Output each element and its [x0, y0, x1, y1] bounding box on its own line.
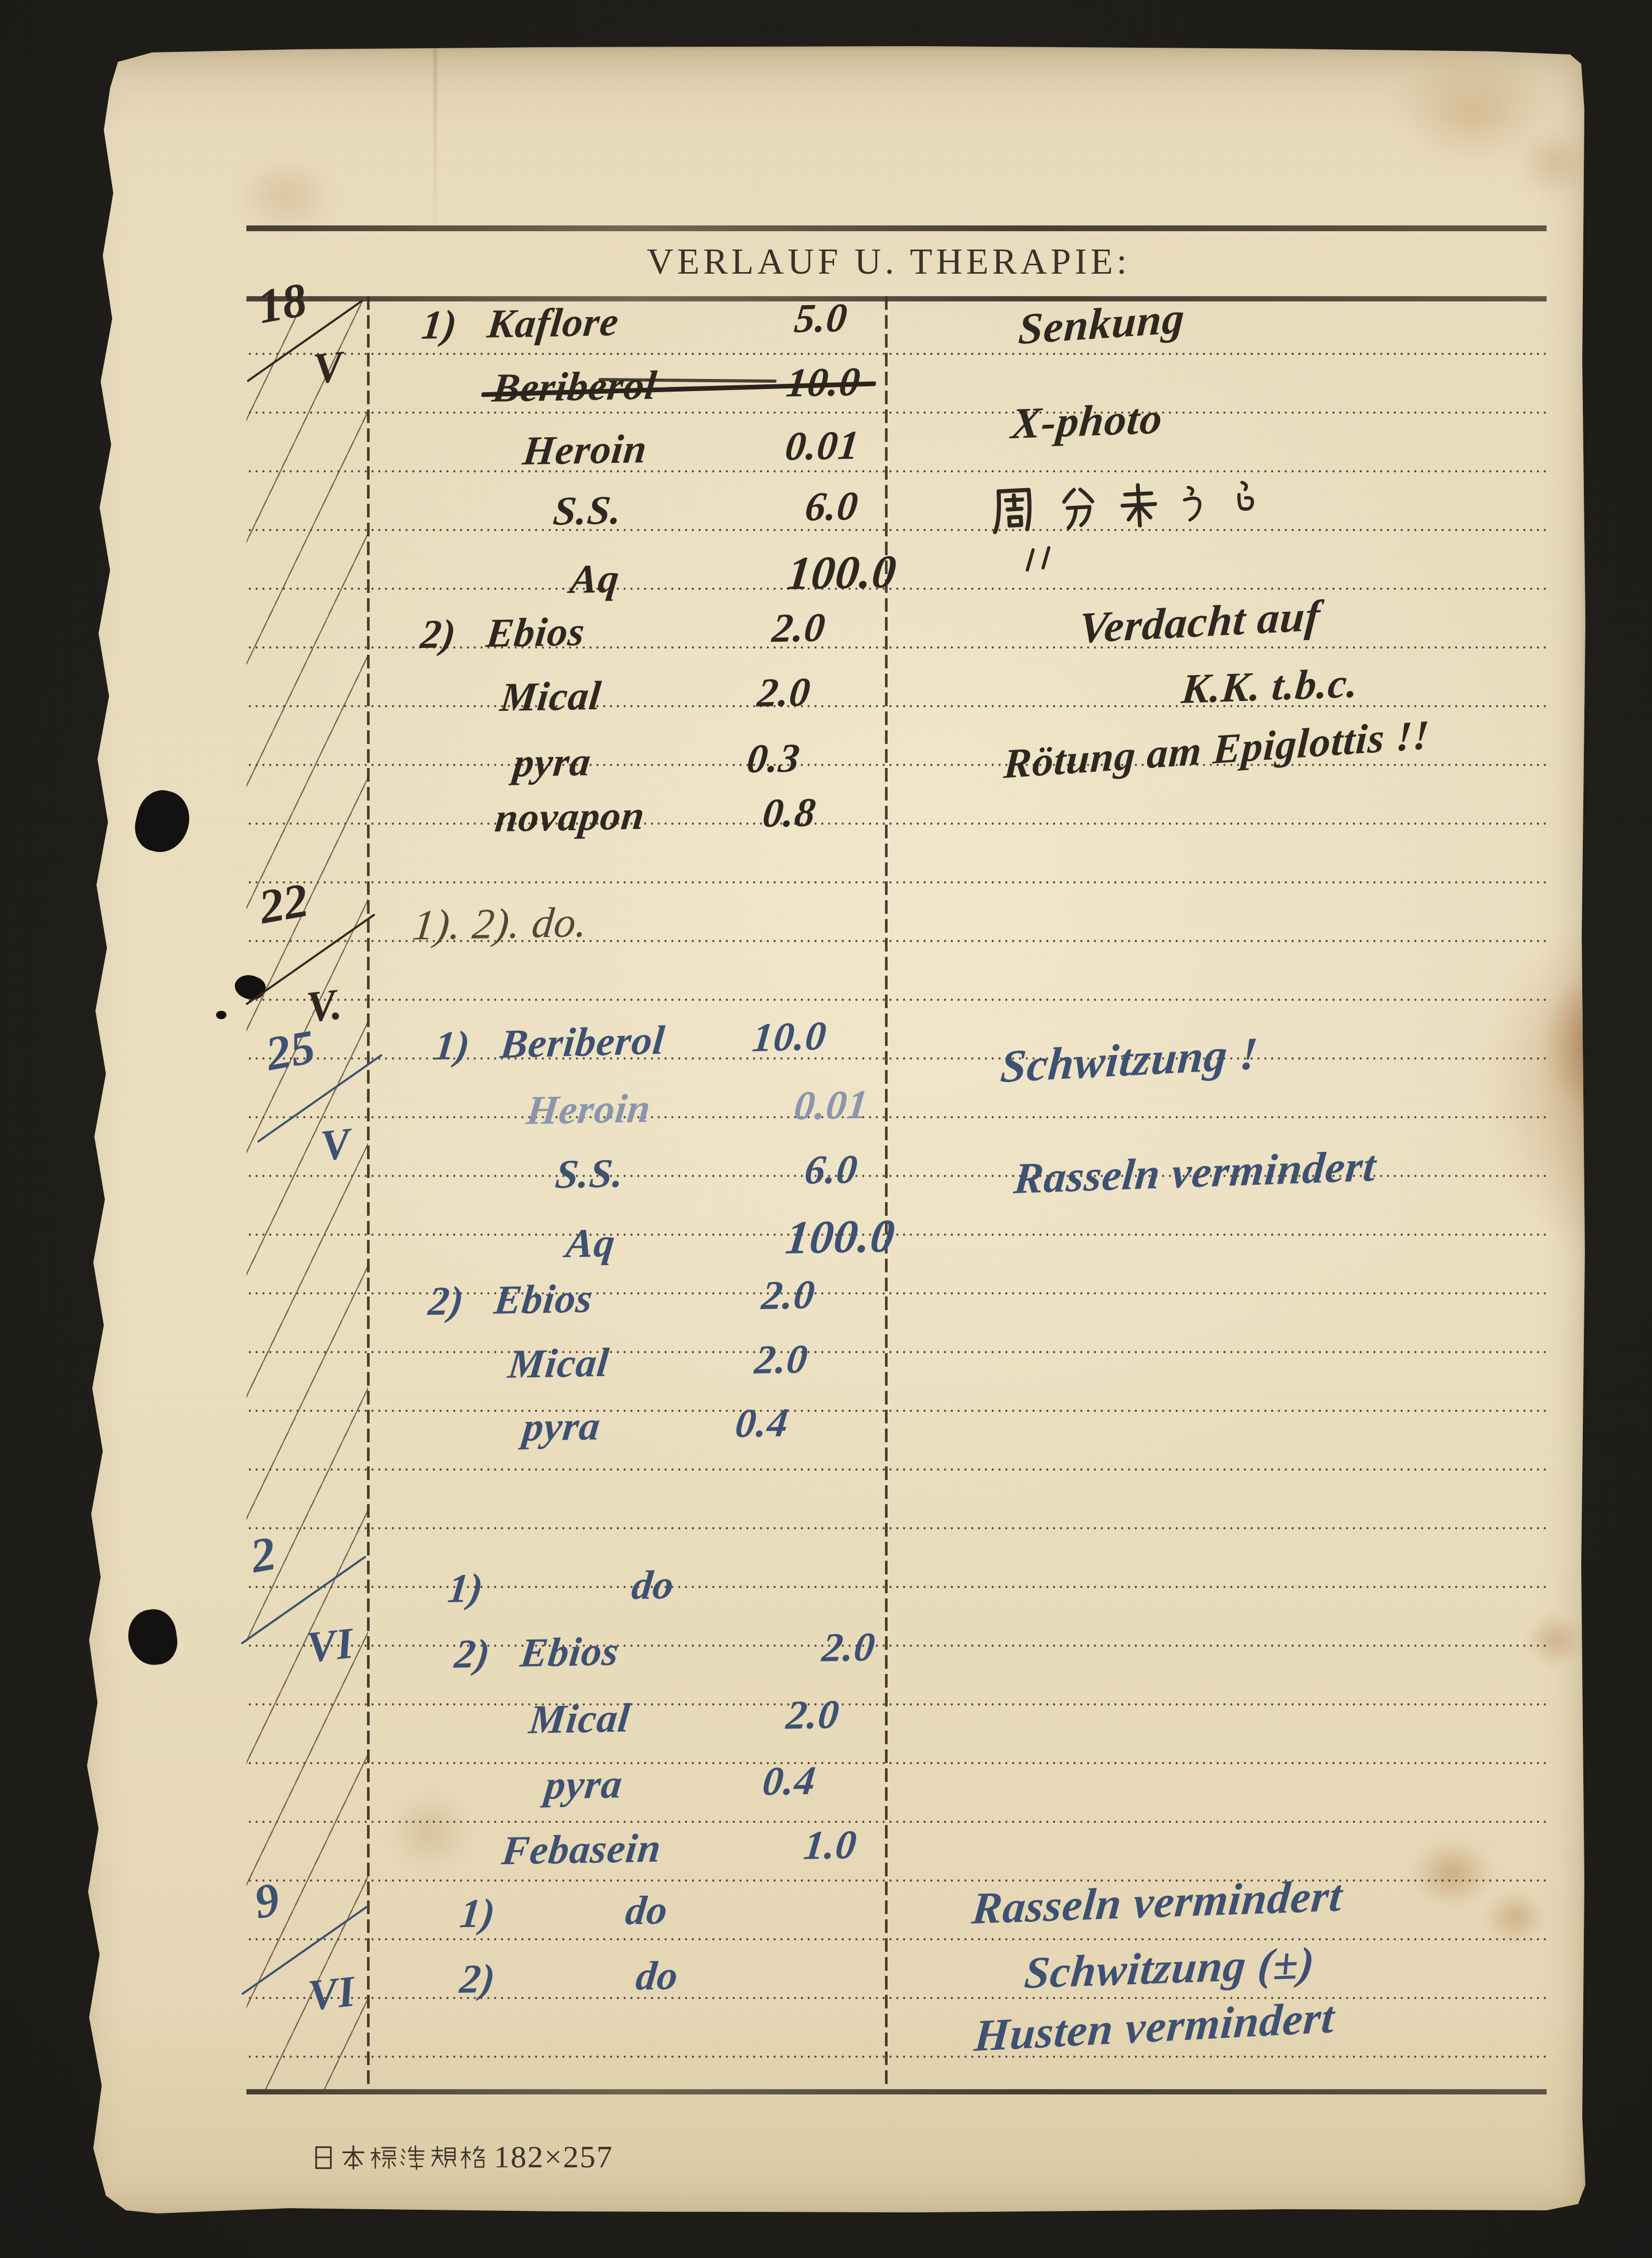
medication-name: Mical: [498, 672, 603, 721]
medication-dose: 2.0: [752, 1335, 810, 1384]
medication-line: 2) Ebios 2.0: [426, 1271, 817, 1325]
medication-dose: 2.0: [755, 668, 813, 717]
medication-dose: 2.0: [770, 604, 828, 652]
medication-dose: 1.0: [802, 1821, 859, 1869]
stain-top-right-2: [1515, 125, 1594, 198]
medication-name: novapon: [493, 792, 647, 841]
paper-sheet: VERLAUF U. THERAPIE: 日本標準規格 182×257 18 V…: [79, 46, 1586, 2217]
medication-line: S.S. 6.0: [553, 1146, 860, 1198]
kanji-glyph: [1049, 477, 1105, 541]
medication-dose: 0.4: [733, 1399, 791, 1447]
medication-dose: 6.0: [802, 1146, 860, 1194]
stain-top-left: [236, 156, 336, 235]
date-column-divider: [367, 296, 370, 2089]
medication-dose: 10.0: [750, 1012, 829, 1062]
medication-line-struck: Beriberol 10.0: [490, 358, 863, 412]
kanji-kaku-icon: [459, 2142, 487, 2173]
clinical-note: Schwitzung (±): [1022, 1937, 1317, 1999]
medication-name: Heroin: [524, 1085, 653, 1134]
kana-glyph: [1171, 471, 1218, 534]
clinical-note: X-photo: [1009, 393, 1165, 449]
medication-line: 1) Kaflore 5.0: [419, 294, 850, 349]
ditto-tick: [1041, 546, 1051, 570]
clinical-note: K.K. t.b.c.: [1180, 660, 1361, 714]
medication-dose: 0.4: [760, 1757, 818, 1805]
medication-name: Mical: [506, 1339, 611, 1388]
medication-dose: 100.0: [784, 545, 899, 601]
medication-line: Mical 2.0: [527, 1691, 842, 1743]
medication-line: Mical 2.0: [498, 668, 813, 721]
medication-name: Aq: [564, 1219, 618, 1267]
date-day: 18: [253, 272, 310, 334]
medication-name: S.S.: [553, 1150, 627, 1198]
item-number: 1): [458, 1889, 498, 1937]
scanned-page-photo: VERLAUF U. THERAPIE: 日本標準規格 182×257 18 V…: [0, 0, 1652, 2258]
medication-dose: 6.0: [803, 482, 860, 531]
medication-line: Heroin 0.01: [521, 422, 862, 474]
medication-name: Heroin: [521, 425, 650, 474]
item-number: 2): [426, 1277, 467, 1325]
medication-name: pyra: [511, 738, 593, 786]
kanji-ki-icon: [429, 2142, 457, 2173]
medication-line: pyra 0.4: [543, 1757, 818, 1809]
medication-name: do: [630, 1561, 677, 1609]
punch-hole-top: [129, 785, 196, 858]
printed-rule-bottom: [246, 2089, 1547, 2094]
date-month: VI: [306, 1966, 357, 2022]
date-day: 9: [250, 1871, 284, 1930]
date-entry-2-vi: 2 VI: [244, 1527, 375, 1684]
medication-name: Febasein: [500, 1824, 664, 1874]
medication-line: 2) Ebios 2.0: [418, 604, 828, 658]
medication-name: pyra: [521, 1402, 603, 1451]
item-number: 1): [433, 1021, 472, 1069]
medication-line: pyra 0.4: [521, 1399, 791, 1451]
medication-dose: 100.0: [783, 1209, 898, 1265]
paper-size-text: 182×257: [494, 2139, 613, 2175]
medication-line: Aq 100.0: [564, 1209, 898, 1269]
medication-name: S.S.: [551, 487, 624, 535]
medication-line: 2) do: [458, 1952, 681, 2003]
item-number: 2): [418, 610, 459, 658]
medication-name: Ebios: [492, 1275, 595, 1324]
medication-line: pyra 0.3: [511, 734, 803, 786]
date-entry-18-v: 18 V: [252, 275, 372, 401]
kanji-glyph: [1109, 472, 1167, 537]
medication-line: 1) do: [446, 1561, 676, 1612]
item-number: 2): [452, 1630, 493, 1678]
date-day: 22: [255, 872, 312, 935]
kanji-glyph: [984, 477, 1045, 545]
date-month: V: [318, 1118, 353, 1171]
medication-line: S.S. 6.0: [551, 482, 861, 535]
item-number: 1): [419, 301, 460, 349]
medication-dose: 0.3: [744, 734, 802, 783]
medication-line: 2) Ebios 2.0: [452, 1623, 878, 1678]
medication-line: 1) do: [458, 1886, 670, 1937]
kanji-jun-icon: [399, 2142, 427, 2173]
medication-dose: 0.01: [783, 422, 861, 470]
date-day: 2: [246, 1525, 280, 1584]
medication-dose: 0.8: [761, 788, 818, 837]
medication-name: Aq: [568, 555, 622, 603]
medication-line-faded: Heroin 0.01: [524, 1081, 871, 1134]
medication-line: Mical 2.0: [506, 1335, 811, 1388]
ditto-entry-line: 1). 2). do.: [411, 898, 590, 950]
printed-rule-top: [246, 225, 1547, 231]
paper-crease: [434, 46, 436, 245]
medication-name: Beriberol: [490, 362, 659, 412]
date-column-hatching: [246, 296, 368, 2089]
punch-hole-bottom: [125, 1606, 180, 1668]
medication-line: Aq 100.0: [568, 545, 899, 604]
medication-dose: 0.01: [792, 1081, 871, 1129]
date-entry-22-v: 22 V.: [254, 876, 380, 1038]
medication-name: Mical: [527, 1694, 632, 1743]
medication-name: Kaflore: [485, 298, 621, 347]
item-number: 1): [446, 1564, 486, 1612]
stain-top-right: [1395, 56, 1552, 166]
kanji-hon-icon: [339, 2142, 368, 2173]
date-entry-25-v: 25 V: [262, 1022, 388, 1190]
medication-dose: 2.0: [784, 1691, 841, 1739]
ink-speck: [216, 1011, 226, 1019]
date-entry-9-vi: 9 VI: [246, 1873, 377, 2035]
medication-name: do: [623, 1886, 671, 1934]
stain-right-edge-dark: [1541, 969, 1652, 1116]
medication-dose: 5.0: [792, 294, 850, 342]
date-day: 25: [262, 1019, 319, 1082]
medication-dose: 2.0: [760, 1271, 817, 1319]
medication-name: Ebios: [484, 608, 587, 657]
medication-line: Febasein 1.0: [500, 1821, 859, 1874]
medication-name: do: [634, 1952, 681, 2000]
kanji-nichi-icon: [309, 2142, 338, 2173]
form-title: VERLAUF U. THERAPIE:: [632, 241, 1146, 283]
medication-name: pyra: [543, 1760, 625, 1809]
ditto-mark: 〃: [1029, 548, 1071, 579]
item-number: 2): [458, 1955, 498, 2003]
date-month: VI: [304, 1618, 355, 1673]
kanji-hyo-icon: [369, 2142, 397, 2173]
medication-dose: 2.0: [820, 1623, 878, 1671]
date-month: V: [311, 341, 345, 394]
paper-standard-label: 日本標準規格 182×257: [309, 2139, 613, 2175]
medication-line: novapon 0.8: [493, 788, 818, 841]
kana-glyph: [1222, 468, 1271, 532]
medication-name: Beriberol: [498, 1017, 667, 1068]
medication-name: Ebios: [518, 1628, 621, 1677]
